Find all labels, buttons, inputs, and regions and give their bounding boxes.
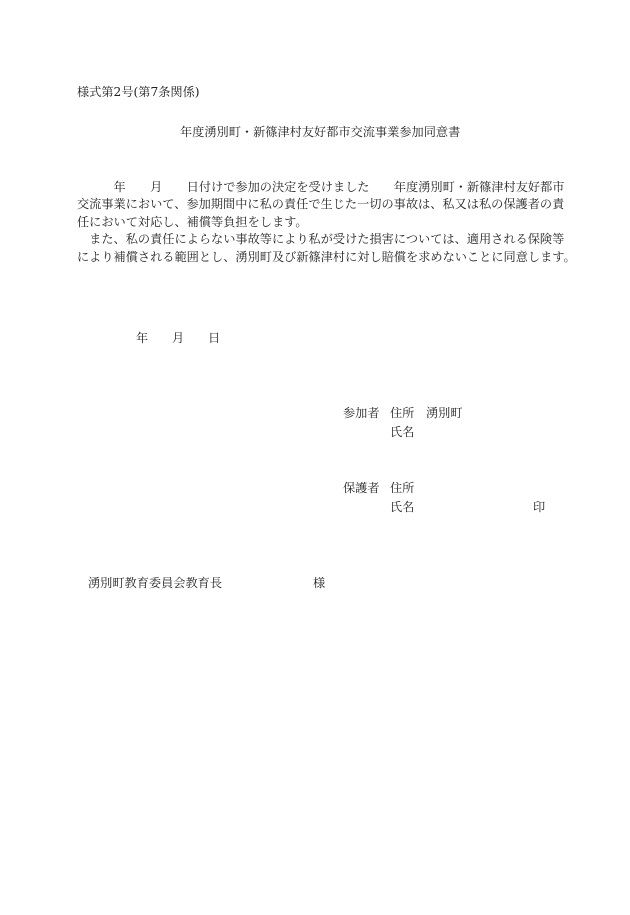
body-line: また、私の責任によらない事故等により私が受けた損害については、適用される保険等 [77, 231, 553, 248]
body-line: 年 月 日付けで参加の決定を受けました 年度湧別町・新篠津村友好都市 [77, 179, 553, 196]
body-line: 交流事業において、参加期間中に私の責任で生じた一切の事故は、私又は私の保護者の責 [77, 196, 553, 213]
participant-name-label: 氏名 [390, 425, 414, 439]
form-number: 様式第2号(第7条関係) [77, 85, 200, 99]
body-line: 任において対応し、補償等負担をします。 [77, 214, 553, 231]
seal-mark: 印 [533, 500, 545, 514]
addressee-honorific: 様 [313, 576, 325, 590]
date-month-label: 月 [172, 331, 184, 345]
guardian-address-label: 住所 [390, 481, 414, 495]
participant-address-value: 湧別町 [426, 406, 463, 420]
guardian-role-label: 保護者 [343, 481, 380, 495]
date-day-label: 日 [208, 331, 220, 345]
participant-role-label: 参加者 [343, 406, 380, 420]
addressee-name: 湧別町教育委員会教育長 [88, 576, 222, 590]
date-year-label: 年 [136, 331, 148, 345]
consent-body: 年 月 日付けで参加の決定を受けました 年度湧別町・新篠津村友好都市 交流事業に… [77, 179, 553, 266]
guardian-name-label: 氏名 [390, 500, 414, 514]
document-title: 年度湧別町・新篠津村友好都市交流事業参加同意書 [180, 125, 460, 139]
participant-address-label: 住所 [390, 406, 414, 420]
body-line: により補償される範囲とし、湧別町及び新篠津村に対し賠償を求めないことに同意します… [77, 249, 553, 266]
